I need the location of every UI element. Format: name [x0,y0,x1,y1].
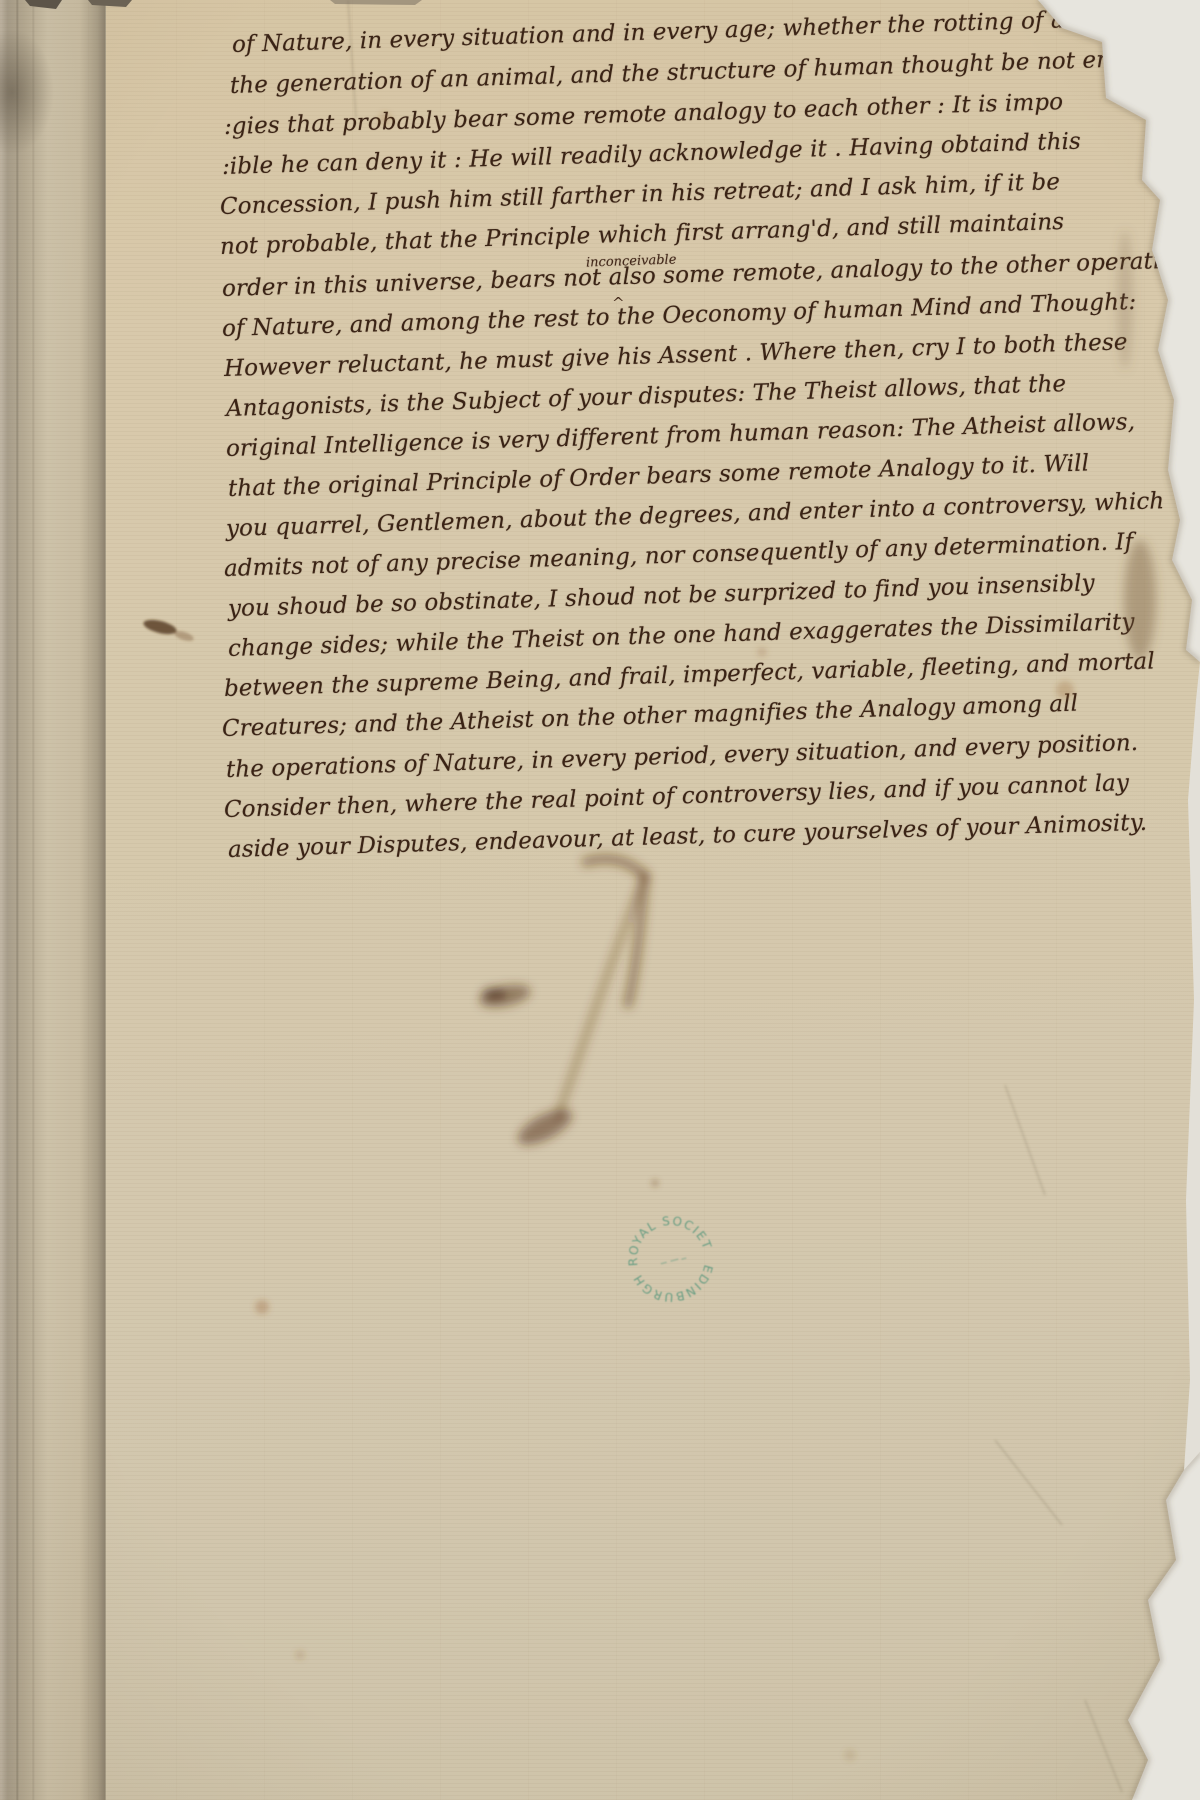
manuscript-page: of Nature, in every situation and in eve… [0,0,1200,1800]
stamp-bottom-text: EDINBURGH [629,1253,722,1315]
insertion-caret-mark: ^ [612,296,625,311]
interlinear-insertion: inconceivable [586,252,677,270]
manuscript-text-block: of Nature, in every situation and in eve… [0,0,1200,1800]
stamp-center-marks [661,1257,686,1265]
